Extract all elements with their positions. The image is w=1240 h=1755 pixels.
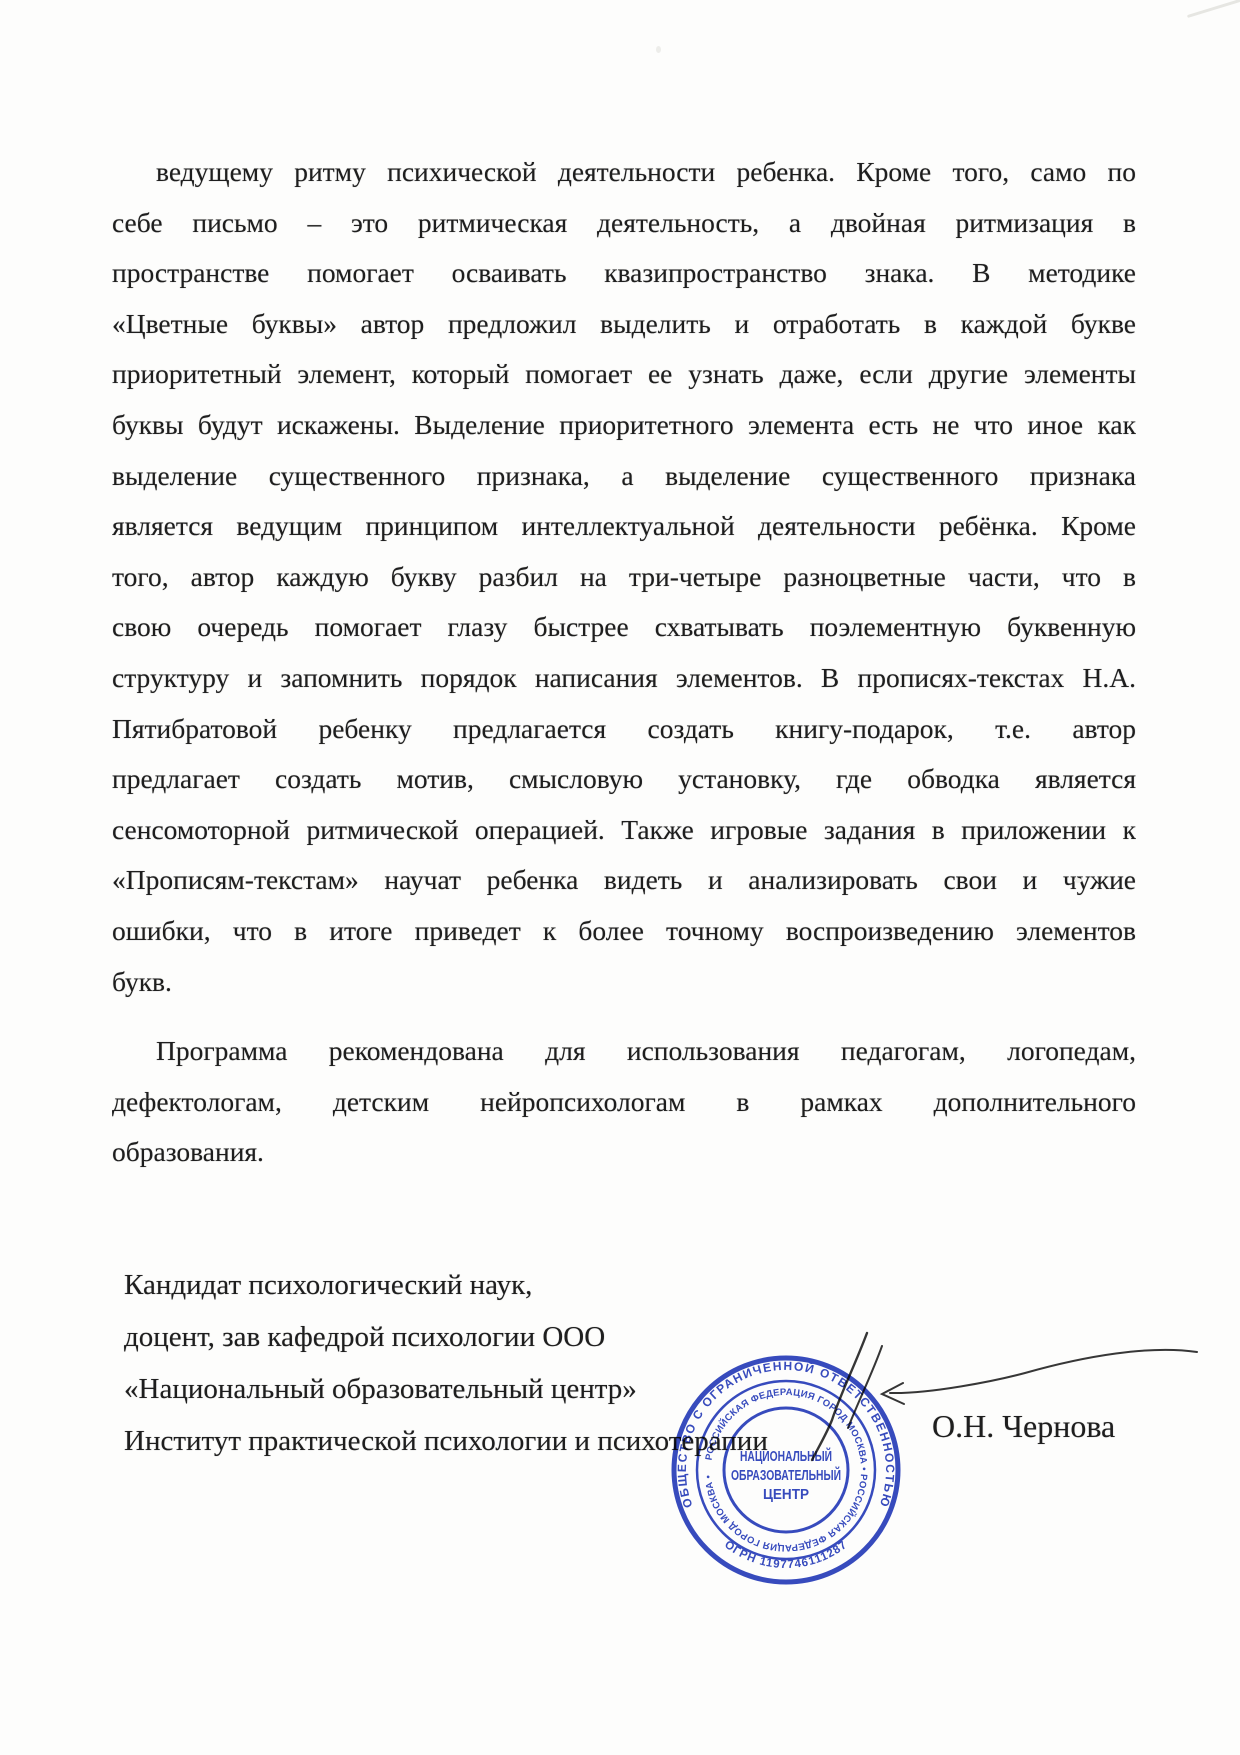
text-line: того, автор каждую букву разбил на три-ч… (112, 552, 1136, 603)
review-paragraph-1: ведущему ритму психической деятельности … (112, 147, 1136, 1007)
text-line: свою очередь помогает глазу быстрее схва… (112, 602, 1136, 653)
text-line: букв. (112, 957, 1136, 1008)
text-line: буквы будут искажены. Выделение приорите… (112, 400, 1136, 451)
text-line: ошибки, что в итоге приведет к более точ… (112, 906, 1136, 957)
scanned-document-page: ведущему ритму психической деятельности … (0, 0, 1240, 1755)
review-paragraph-2: Программа рекомендована для использовани… (112, 1026, 1136, 1178)
text-line: «Прописям-текстам» научат ребенка видеть… (112, 855, 1136, 906)
scan-artifact (1187, 0, 1240, 18)
text-line: предлагает создать мотив, смысловую уста… (112, 754, 1136, 805)
text-line: образования. (112, 1127, 1136, 1178)
text-line: является ведущим принципом интеллектуаль… (112, 501, 1136, 552)
text-line: себе письмо – это ритмическая деятельнос… (112, 198, 1136, 249)
text-line: Программа рекомендована для использовани… (112, 1026, 1136, 1077)
text-line: приоритетный элемент, который помогает е… (112, 349, 1136, 400)
stamp-center-line-3: ЦЕНТР (763, 1487, 809, 1503)
text-line: дефектологам, детским нейропсихологам в … (112, 1077, 1136, 1128)
text-line: Пятибратовой ребенку предлагается создат… (112, 704, 1136, 755)
signature-slash-2 (848, 1346, 882, 1428)
scan-artifact (656, 46, 661, 53)
text-line: «Цветные буквы» автор предложил выделить… (112, 299, 1136, 350)
text-line: структуру и запомнить порядок написания … (112, 653, 1136, 704)
text-line: пространстве помогает осваивать квазипро… (112, 248, 1136, 299)
signature-long-curve (890, 1350, 1197, 1393)
text-line: сенсомоторной ритмической операцией. Так… (112, 805, 1136, 856)
text-line: Кандидат психологический наук, (124, 1259, 824, 1311)
signature-slash-1 (812, 1333, 867, 1460)
handwritten-signature (770, 1320, 1220, 1480)
text-line: выделение существенного признака, а выде… (112, 451, 1136, 502)
text-line: ведущему ритму психической деятельности … (112, 147, 1136, 198)
